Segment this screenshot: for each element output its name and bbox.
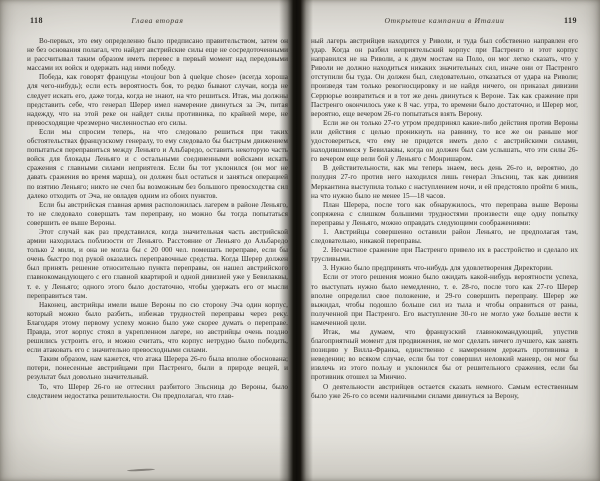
paragraph: Если от этого решения можно было ожидать…	[311, 273, 578, 328]
running-title-left: Глава вторая	[27, 16, 288, 25]
paragraph: Таким образом, нам кажется, что атака Ше…	[27, 355, 288, 382]
page-left-header: 118 Глава вторая	[27, 16, 288, 37]
paragraph: О деятельности австрийцев остается сказа…	[311, 383, 578, 401]
page-right-header: Открытие кампании в Италии 119	[311, 16, 578, 37]
paragraph: В действительности, как мы теперь знаем,…	[311, 164, 578, 200]
paragraph: Победа, как говорят французы «toujour bo…	[27, 73, 288, 128]
paragraph: Если мы спросим теперь, на что следовало…	[27, 128, 288, 201]
binding-gutter	[279, 0, 313, 481]
paragraph: Если же он только 27-го утром предпринял…	[311, 119, 578, 164]
paragraph: 1. Австрийцы совершенно оставили район Л…	[311, 228, 578, 246]
running-title-right: Открытие кампании в Италии	[311, 16, 578, 25]
paragraph: ный лагерь австрийцев находится у Риволи…	[311, 37, 578, 119]
page-left: 118 Глава вторая Во-первых, это ему опре…	[27, 16, 288, 401]
paragraph: Во-первых, это ему определенно было пред…	[27, 37, 288, 73]
paragraph: План Шерера, после того как обнаружилось…	[311, 201, 578, 228]
paragraph: 3. Нужно было предпринять что-нибудь для…	[311, 264, 578, 273]
paragraph: 2. Несчастное сражение при Пастренго при…	[311, 246, 578, 264]
page-number-left: 118	[30, 16, 43, 25]
paragraph: То, что Шерер 26-го не оттеснил разбитог…	[27, 383, 288, 401]
page-right: Открытие кампании в Италии 119 ный лагер…	[311, 16, 578, 401]
ink-smudge	[127, 468, 155, 471]
paragraph: Этот случай как раз представился, когда …	[27, 228, 288, 301]
page-number-right: 119	[564, 16, 577, 25]
paragraph: Итак, мы думаем, что французский главнок…	[311, 328, 578, 383]
book-scan: 118 Глава вторая Во-первых, это ему опре…	[0, 0, 600, 481]
paragraph: Наконец, австрийцы имели выше Вероны по …	[27, 301, 288, 356]
paragraph: Если бы австрийская главная армия распол…	[27, 201, 288, 228]
